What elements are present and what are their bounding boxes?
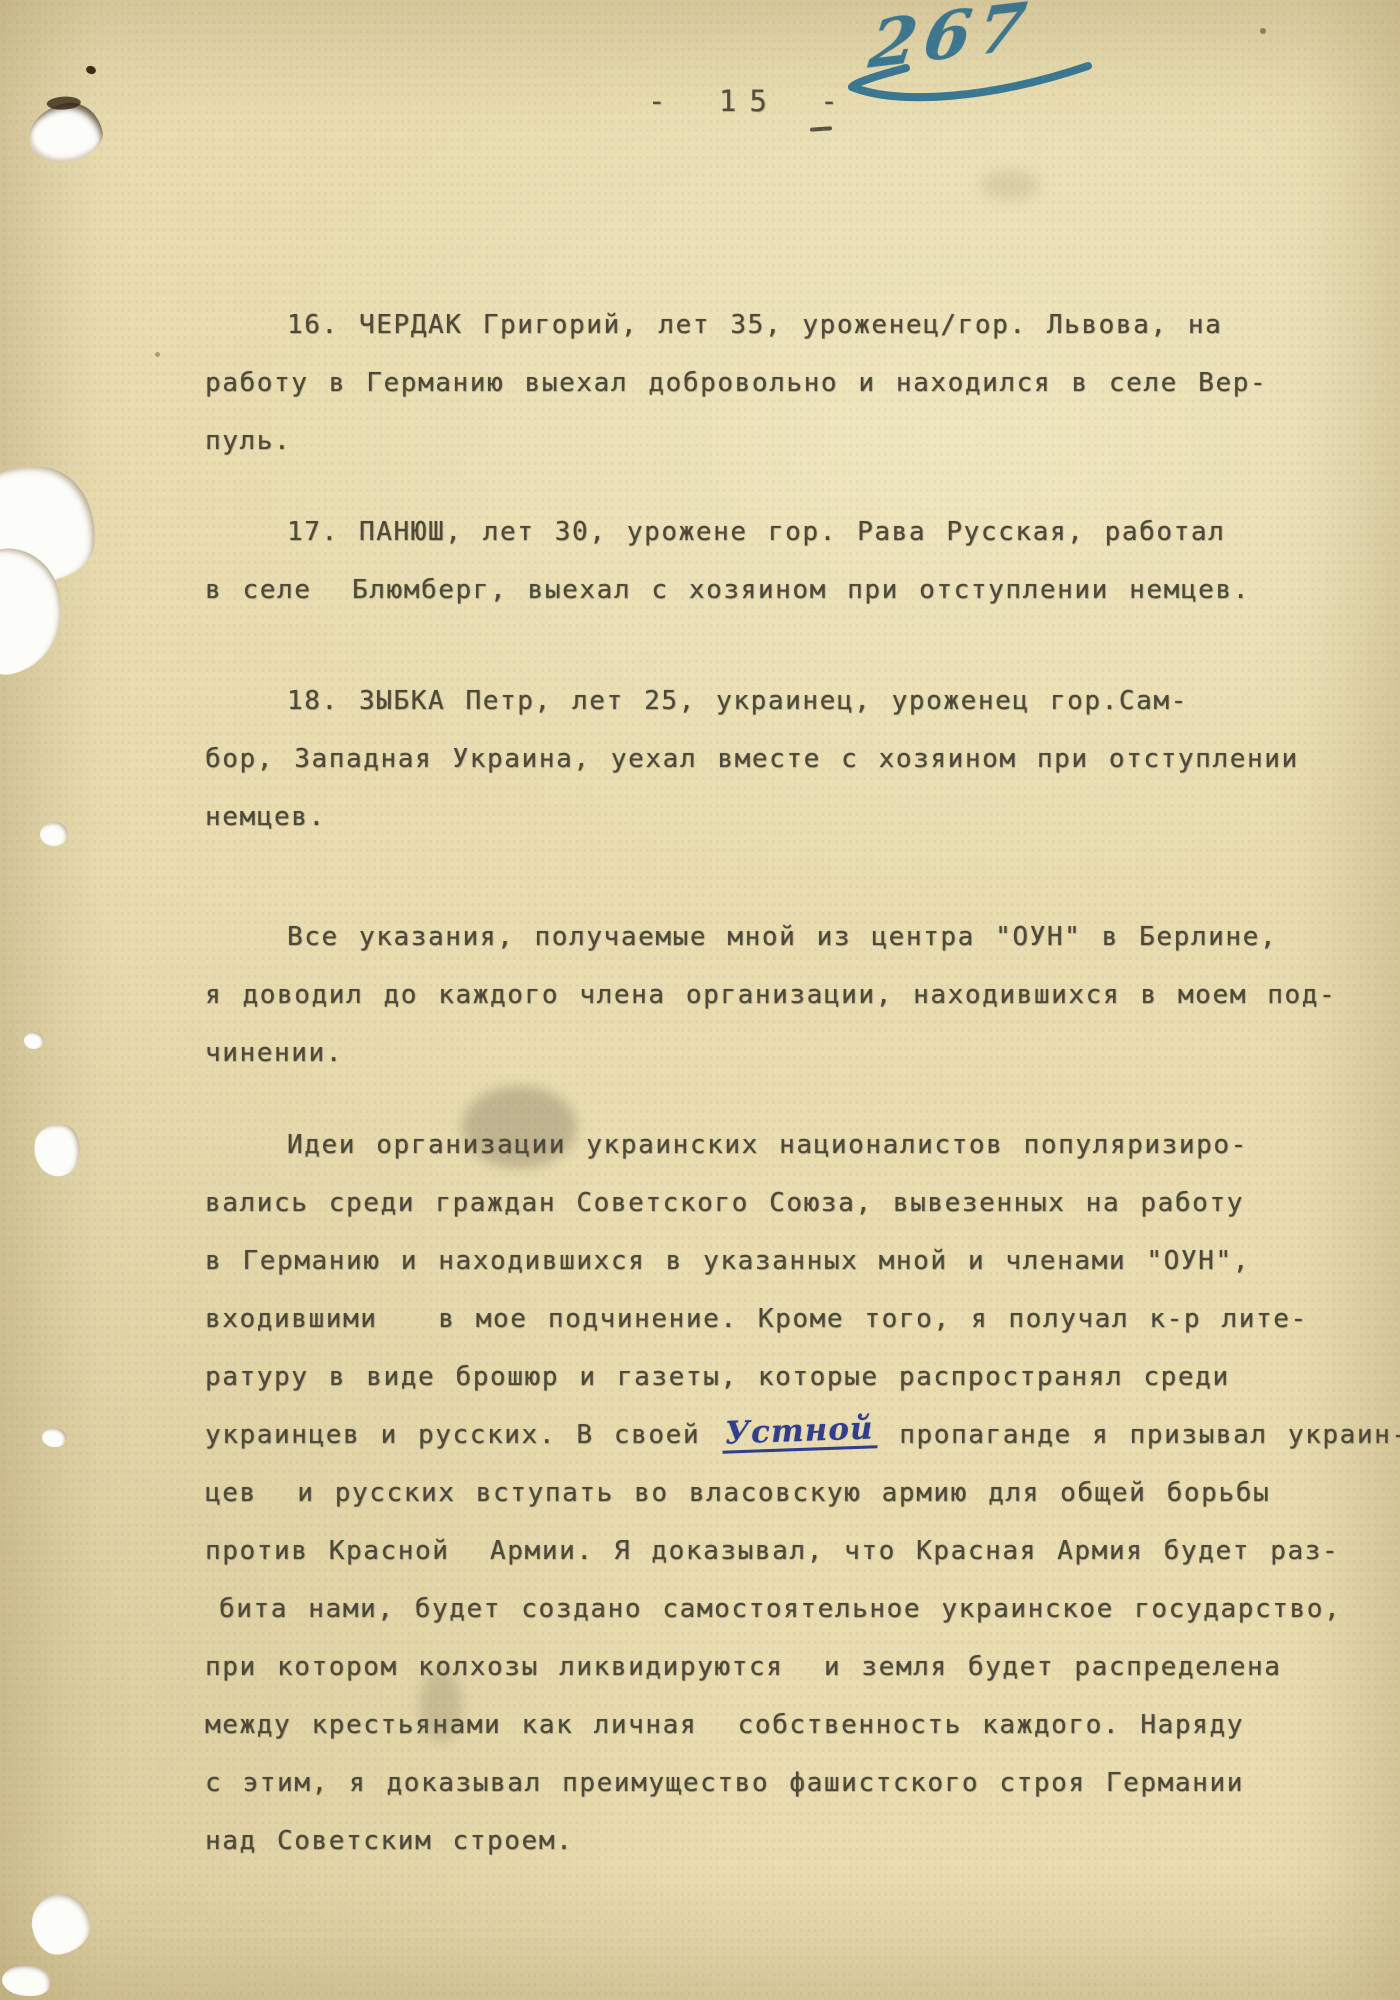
text-line: Идеи организации украинских националисто… [205, 1116, 1400, 1174]
text-line: Все указания, получаемые мной из центра … [205, 908, 1336, 966]
text-line: чинении. [205, 1024, 1336, 1082]
paper-hole [28, 1890, 94, 1957]
text-line: цев и русских вступать во власовскую арм… [205, 1464, 1400, 1522]
page-number: - 15 - [648, 84, 851, 118]
text-line: вались среди граждан Советского Союза, в… [205, 1174, 1400, 1232]
document-page: 267 - 15 - 16. ЧЕРДАК Григорий, лет 35, … [0, 0, 1400, 2000]
text-line: немцев. [205, 788, 1299, 846]
text-line: в Германию и находившихся в указанных мн… [205, 1232, 1400, 1290]
paper-hole [24, 1032, 44, 1049]
text-line: против Красной Армии. Я доказывал, что К… [205, 1522, 1400, 1580]
text-line: бор, Западная Украина, уехал вместе с хо… [205, 730, 1299, 788]
text-line: ратуру в виде брошюр и газеты, которые р… [205, 1348, 1400, 1406]
text-line: бита нами, будет создано самостоятельное… [205, 1580, 1400, 1638]
handwritten-correction: Устной [722, 1413, 878, 1453]
ink-speck [1260, 28, 1266, 34]
text-line: работу в Германию выехал добровольно и н… [205, 354, 1267, 412]
archive-number-handwritten: 267 [872, 2, 1031, 68]
text-line: с этим, я доказывал преимущество фашистс… [205, 1754, 1400, 1812]
paper-hole [2, 1966, 50, 1996]
paragraph-16: 16. ЧЕРДАК Григорий, лет 35, уроженец/го… [205, 296, 1267, 470]
text-segment: украинцев и русских. В своей [205, 1420, 720, 1450]
paragraph-18: 18. ЗЫБКА Петр, лет 25, украинец, урожен… [205, 672, 1299, 846]
dash-mark [810, 126, 832, 132]
ink-speck [85, 65, 97, 76]
text-line: 17. ПАНЮШ, лет 30, урожене гор. Рава Рус… [205, 503, 1250, 561]
text-segment: пропаганде я призывал украин- [879, 1420, 1400, 1450]
text-line: при котором колхозы ликвидируются и земл… [205, 1638, 1400, 1696]
paragraph-instructions: Все указания, получаемые мной из центра … [205, 908, 1336, 1082]
text-line: входившими в мое подчинение. Кроме того,… [205, 1290, 1400, 1348]
stain [980, 170, 1040, 200]
paper-hole [42, 1428, 66, 1447]
paper-hole [23, 97, 107, 169]
text-line: я доводил до каждого члена организации, … [205, 966, 1336, 1024]
paper-hole [40, 822, 68, 846]
text-line: над Советским строем. [205, 1812, 1400, 1870]
text-line: 16. ЧЕРДАК Григорий, лет 35, уроженец/го… [205, 296, 1267, 354]
text-line-with-correction: украинцев и русских. В своей Устной проп… [205, 1406, 1400, 1464]
underline-flourish [842, 60, 1098, 106]
ink-speck [155, 352, 160, 357]
paper-hole [30, 1120, 84, 1179]
text-line: пуль. [205, 412, 1267, 470]
text-line: в селе Блюмберг, выехал с хозяином при о… [205, 561, 1250, 619]
text-line: между крестьянами как личная собственнос… [205, 1696, 1400, 1754]
paragraph-17: 17. ПАНЮШ, лет 30, урожене гор. Рава Рус… [205, 503, 1250, 619]
text-line: 18. ЗЫБКА Петр, лет 25, украинец, урожен… [205, 672, 1299, 730]
paragraph-ideas: Идеи организации украинских националисто… [205, 1116, 1400, 1870]
